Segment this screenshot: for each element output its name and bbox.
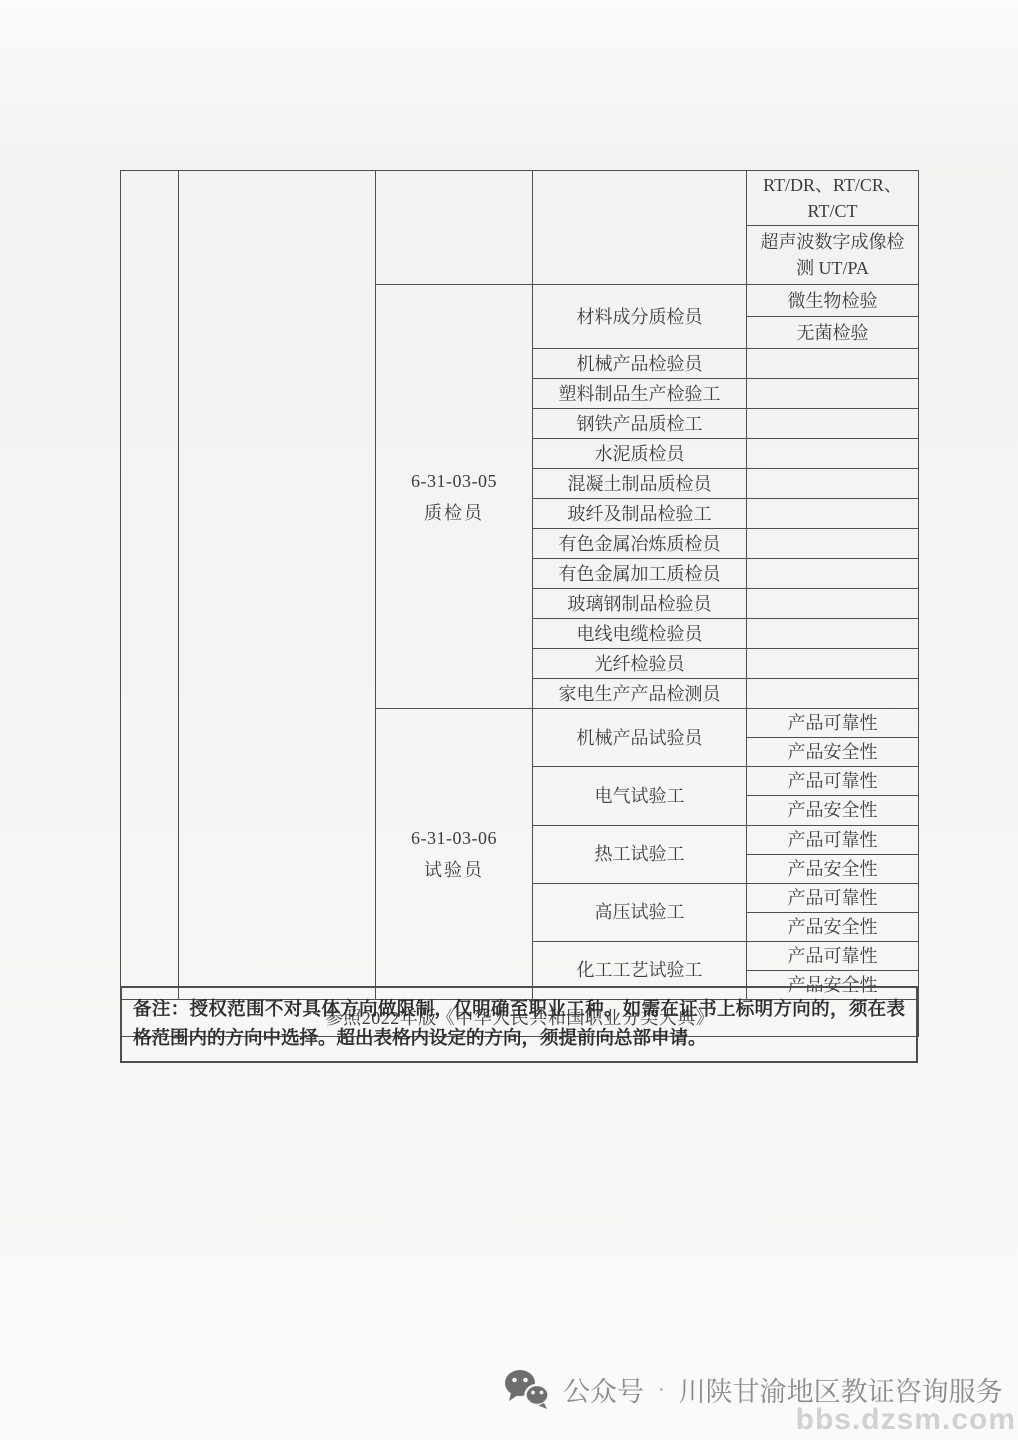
direction-cell: 产品安全性 xyxy=(747,912,919,941)
direction-cell: 产品安全性 xyxy=(747,854,919,883)
direction-cell-empty xyxy=(747,679,919,709)
table-row: RT/DR、RT/CR、RT/CT xyxy=(121,171,919,226)
direction-cell-empty xyxy=(747,439,919,469)
role-cell: 钢铁产品质检工 xyxy=(533,409,747,439)
direction-cell-empty xyxy=(747,529,919,559)
direction-cell: 产品可靠性 xyxy=(747,767,919,796)
role-cell: 混凝土制品质检员 xyxy=(533,469,747,499)
direction-cell: 产品可靠性 xyxy=(747,941,919,970)
role-cell: 电线电缆检验员 xyxy=(533,619,747,649)
occupation-classification-table: RT/DR、RT/CR、RT/CT 超声波数字成像检测 UT/PA 6-31-0… xyxy=(120,170,919,1037)
role-cell: 有色金属冶炼质检员 xyxy=(533,529,747,559)
direction-cell-empty xyxy=(747,559,919,589)
occupation-code-cell: 6-31-03-05 质检员 xyxy=(376,285,533,709)
role-cell: 家电生产产品检测员 xyxy=(533,679,747,709)
occupation-code-cell: 6-31-03-06 试验员 xyxy=(376,709,533,1000)
direction-cell: 产品可靠性 xyxy=(747,883,919,912)
role-cell: 水泥质检员 xyxy=(533,439,747,469)
role-cell: 高压试验工 xyxy=(533,883,747,941)
direction-cell: 产品安全性 xyxy=(747,738,919,767)
role-cell: 玻纤及制品检验工 xyxy=(533,499,747,529)
direction-cell: 超声波数字成像检测 UT/PA xyxy=(747,226,919,285)
direction-cell-empty xyxy=(747,409,919,439)
wechat-label: 公众号 xyxy=(563,1370,644,1409)
occupation-code: 6-31-03-05 xyxy=(382,468,526,494)
direction-cell: 微生物检验 xyxy=(747,285,919,317)
role-cell: 电气试验工 xyxy=(533,767,747,825)
direction-cell-empty xyxy=(747,469,919,499)
role-cell: 有色金属加工质检员 xyxy=(533,559,747,589)
role-cell-empty xyxy=(533,171,747,285)
direction-cell-empty xyxy=(747,499,919,529)
wechat-icon xyxy=(503,1368,551,1410)
role-cell: 材料成分质检员 xyxy=(533,285,747,349)
occupation-title: 质检员 xyxy=(382,500,526,526)
dot-separator: · xyxy=(658,1378,665,1401)
direction-cell-empty xyxy=(747,379,919,409)
direction-cell-empty xyxy=(747,649,919,679)
direction-cell-empty xyxy=(747,619,919,649)
direction-cell: 产品可靠性 xyxy=(747,825,919,854)
role-cell: 机械产品试验员 xyxy=(533,709,747,767)
site-watermark: bbs.dzsm.com xyxy=(796,1403,1016,1437)
role-cell: 光纤检验员 xyxy=(533,649,747,679)
role-cell: 塑料制品生产检验工 xyxy=(533,379,747,409)
category-cell-empty xyxy=(179,171,376,1000)
direction-cell: 无菌检验 xyxy=(747,317,919,349)
left-index-cell-empty xyxy=(121,171,179,1000)
occupation-title: 试验员 xyxy=(382,857,526,883)
role-cell: 玻璃钢制品检验员 xyxy=(533,589,747,619)
remark-box: 备注：授权范围不对具体方向做限制，仅明确至职业工种。如需在证书上标明方向的，须在… xyxy=(120,986,918,1063)
role-cell: 热工试验工 xyxy=(533,825,747,883)
occupation-code: 6-31-03-06 xyxy=(382,825,526,851)
role-cell: 机械产品检验员 xyxy=(533,349,747,379)
direction-cell: RT/DR、RT/CR、RT/CT xyxy=(747,171,919,226)
direction-cell: 产品安全性 xyxy=(747,796,919,825)
direction-cell-empty xyxy=(747,589,919,619)
scanned-document-page: RT/DR、RT/CR、RT/CT 超声波数字成像检测 UT/PA 6-31-0… xyxy=(0,0,1018,1440)
direction-cell: 产品可靠性 xyxy=(747,709,919,738)
code-cell-empty xyxy=(376,171,533,285)
direction-cell-empty xyxy=(747,349,919,379)
